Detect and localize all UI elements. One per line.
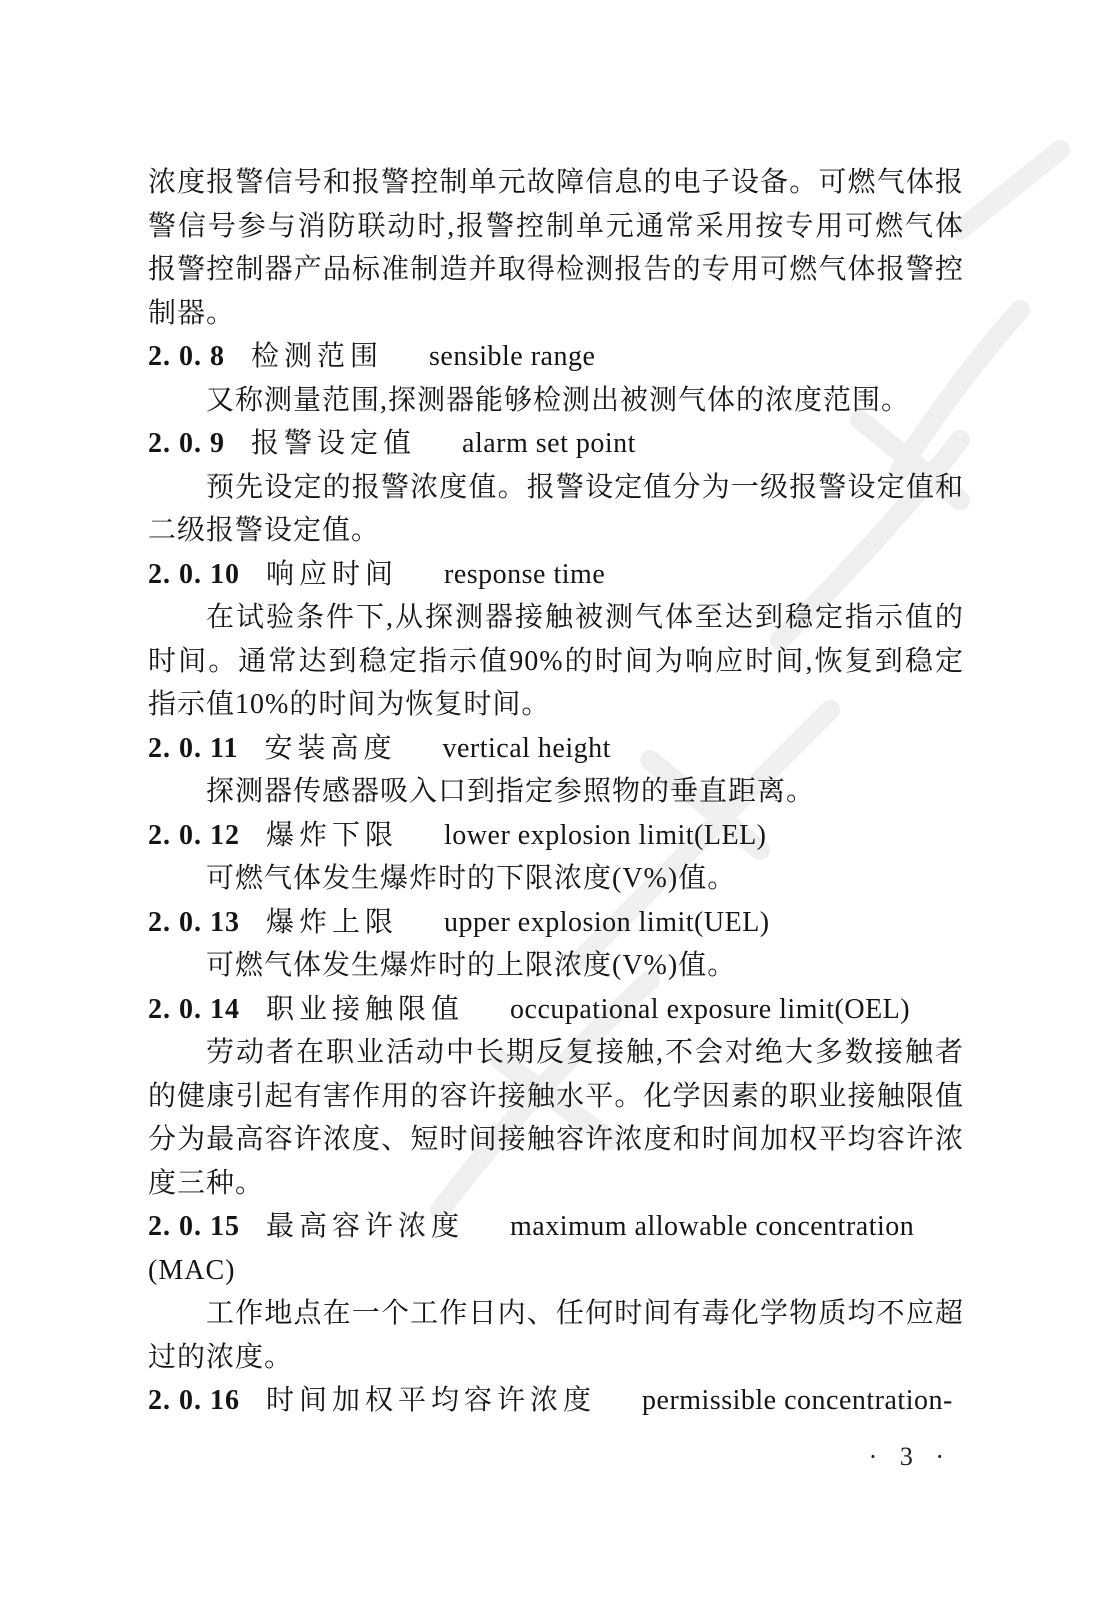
term-number: 2. 0. 11 — [148, 733, 238, 764]
term-english: upper explosion limit(UEL) — [444, 907, 770, 938]
term-chinese: 爆炸上限 — [266, 907, 398, 938]
term-definition: 探测器传感器吸入口到指定参照物的垂直距离。 — [148, 770, 964, 814]
term-2-0-12: 2. 0. 12爆炸下限lower explosion limit(LEL) 可… — [148, 814, 964, 901]
term-definition: 在试验条件下,从探测器接触被测气体至达到稳定指示值的时间。通常达到稳定指示值90… — [148, 596, 964, 727]
term-heading: 2. 0. 8检测范围sensible range — [148, 335, 964, 379]
term-heading: 2. 0. 9报警设定值alarm set point — [148, 422, 964, 466]
term-2-0-16: 2. 0. 16时间加权平均容许浓度permissible concentrat… — [148, 1379, 964, 1423]
term-chinese: 响应时间 — [266, 559, 398, 590]
term-chinese: 检测范围 — [251, 341, 383, 372]
term-heading: 2. 0. 13爆炸上限upper explosion limit(UEL) — [148, 901, 964, 945]
term-chinese: 职业接触限值 — [266, 994, 464, 1025]
term-number: 2. 0. 12 — [148, 820, 240, 851]
term-2-0-14: 2. 0. 14职业接触限值occupational exposure limi… — [148, 988, 964, 1206]
term-number: 2. 0. 14 — [148, 994, 240, 1025]
term-english: maximum allowable concentration — [510, 1211, 914, 1242]
term-heading: 2. 0. 14职业接触限值occupational exposure limi… — [148, 988, 964, 1032]
continued-paragraph: 浓度报警信号和报警控制单元故障信息的电子设备。可燃气体报警信号参与消防联动时,报… — [148, 161, 964, 335]
term-english: sensible range — [429, 341, 595, 372]
term-number: 2. 0. 13 — [148, 907, 240, 938]
term-heading: 2. 0. 12爆炸下限lower explosion limit(LEL) — [148, 814, 964, 858]
term-2-0-13: 2. 0. 13爆炸上限upper explosion limit(UEL) 可… — [148, 901, 964, 988]
term-definition: 可燃气体发生爆炸时的下限浓度(V%)值。 — [148, 857, 964, 901]
term-number: 2. 0. 16 — [148, 1385, 240, 1416]
term-english: vertical height — [442, 733, 610, 764]
page-number: · 3 · — [869, 1442, 952, 1472]
term-2-0-9: 2. 0. 9报警设定值alarm set point 预先设定的报警浓度值。报… — [148, 422, 964, 553]
term-definition: 可燃气体发生爆炸时的上限浓度(V%)值。 — [148, 944, 964, 988]
term-english: lower explosion limit(LEL) — [444, 820, 767, 851]
term-2-0-10: 2. 0. 10响应时间response time 在试验条件下,从探测器接触被… — [148, 553, 964, 727]
term-number: 2. 0. 9 — [148, 428, 225, 459]
term-chinese: 安装高度 — [264, 733, 396, 764]
term-2-0-11: 2. 0. 11安装高度vertical height 探测器传感器吸入口到指定… — [148, 727, 964, 814]
term-definition: 又称测量范围,探测器能够检测出被测气体的浓度范围。 — [148, 379, 964, 423]
term-heading: 2. 0. 11安装高度vertical height — [148, 727, 964, 771]
term-chinese: 爆炸下限 — [266, 820, 398, 851]
term-definition: 工作地点在一个工作日内、任何时间有毒化学物质均不应超过的浓度。 — [148, 1292, 964, 1379]
term-number: 2. 0. 10 — [148, 559, 240, 590]
term-2-0-8: 2. 0. 8检测范围sensible range 又称测量范围,探测器能够检测… — [148, 335, 964, 422]
term-number: 2. 0. 8 — [148, 341, 225, 372]
term-chinese: 报警设定值 — [251, 428, 416, 459]
term-english-continuation: (MAC) — [148, 1249, 964, 1293]
term-heading: 2. 0. 16时间加权平均容许浓度permissible concentrat… — [148, 1379, 964, 1423]
term-heading: 2. 0. 10响应时间response time — [148, 553, 964, 597]
term-definition: 劳动者在职业活动中长期反复接触,不会对绝大多数接触者的健康引起有害作用的容许接触… — [148, 1031, 964, 1205]
term-english: response time — [444, 559, 605, 590]
term-english: permissible concentration- — [642, 1385, 953, 1416]
term-number: 2. 0. 15 — [148, 1211, 240, 1242]
term-english: occupational exposure limit(OEL) — [510, 994, 910, 1025]
text-column: 浓度报警信号和报警控制单元故障信息的电子设备。可燃气体报警信号参与消防联动时,报… — [148, 161, 964, 1423]
document-page: 浓度报警信号和报警控制单元故障信息的电子设备。可燃气体报警信号参与消防联动时,报… — [0, 0, 1102, 1598]
term-2-0-15: 2. 0. 15最高容许浓度maximum allowable concentr… — [148, 1205, 964, 1379]
term-chinese: 时间加权平均容许浓度 — [266, 1385, 596, 1416]
term-chinese: 最高容许浓度 — [266, 1211, 464, 1242]
term-definition: 预先设定的报警浓度值。报警设定值分为一级报警设定值和二级报警设定值。 — [148, 466, 964, 553]
term-english: alarm set point — [462, 428, 636, 459]
term-heading: 2. 0. 15最高容许浓度maximum allowable concentr… — [148, 1205, 964, 1249]
